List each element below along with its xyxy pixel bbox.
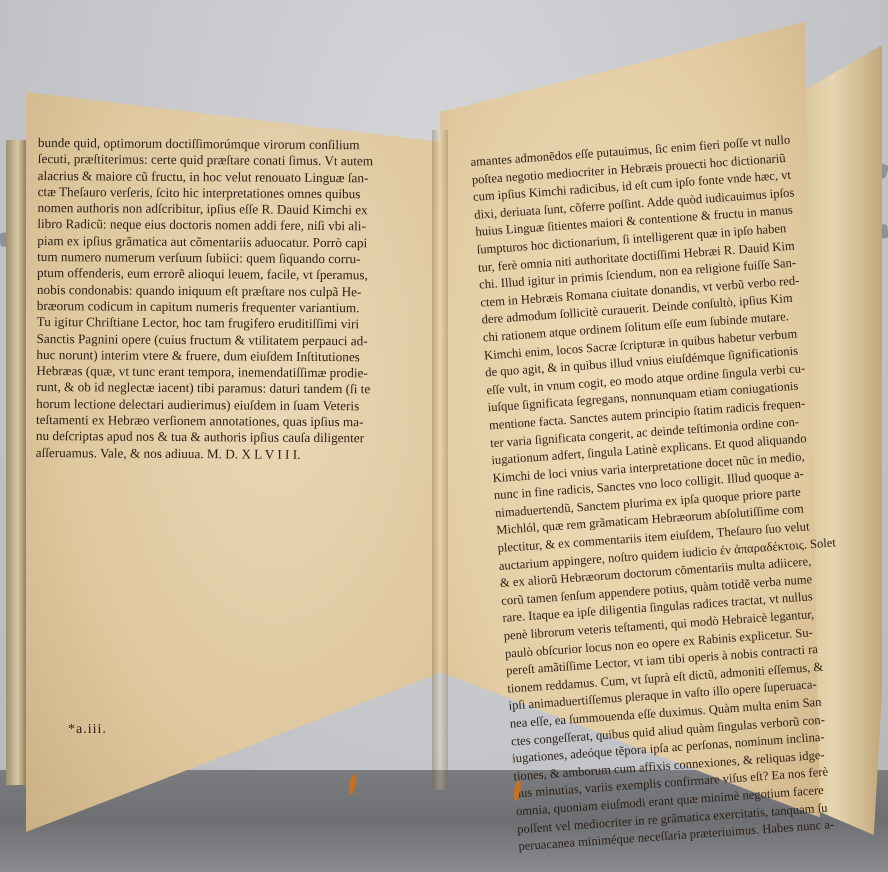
text-line: nu deſcriptas apud nos & tua & authoris …	[36, 428, 371, 447]
text-line-date: aſſeruamus. Vale, & nos adiuua. M. D. X …	[36, 445, 371, 464]
signature-mark: *a.iii.	[68, 722, 107, 738]
text-line: runt, & ob id neglectæ iacent) tibi para…	[36, 379, 371, 398]
text-line: ptum offenderis, eum errorẽ alioqui leue…	[37, 265, 372, 284]
book-gutter	[432, 130, 448, 790]
book-photo-scene: bunde quid, optimorum doctiſſimorúmque v…	[0, 0, 888, 872]
text-line: ſecuti, præſtiterimus: certe quid præſta…	[38, 151, 373, 170]
text-line: Tu igitur Chriſtiane Lector, hoc tam fru…	[37, 314, 372, 333]
right-page-text: amantes admonẽdos eſſe putauimus, ſic en…	[470, 130, 856, 856]
left-page-text: bunde quid, optimorum doctiſſimorúmque v…	[36, 135, 374, 463]
text-line: libro Radicũ: neque eius doctoris nomen …	[37, 216, 372, 235]
